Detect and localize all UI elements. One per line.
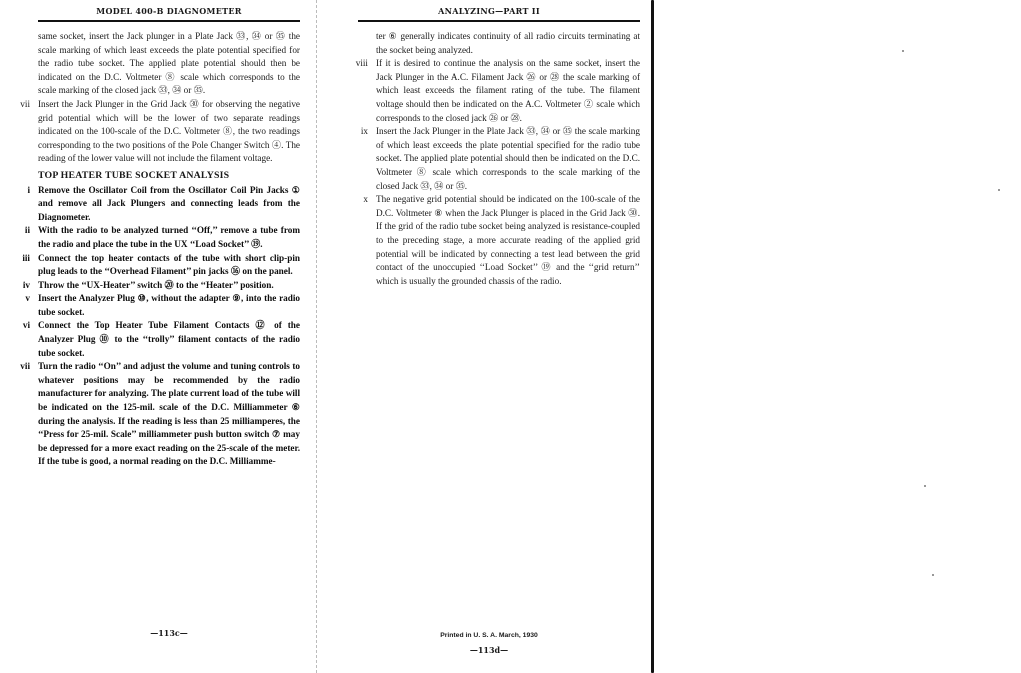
printed-note: Printed in U. S. A. March, 1930: [338, 632, 640, 639]
step-number: v: [2, 292, 38, 319]
step-number: vii: [2, 98, 38, 166]
step-item: iv Throw the ‘‘UX-Heater’’ switch ⑳ to t…: [38, 279, 300, 293]
scan-speck: [998, 189, 1000, 191]
step-number: iii: [2, 252, 38, 279]
step-text: Remove the Oscillator Coil from the Osci…: [38, 184, 300, 225]
page-gutter-divider: [316, 0, 317, 673]
step-text: Insert the Analyzer Plug ⑩, without the …: [38, 292, 300, 319]
running-head: MODEL 400-B DIAGNOMETER: [38, 6, 300, 16]
step-number: vi: [2, 319, 38, 360]
step-text: Connect the Top Heater Tube Filament Con…: [38, 319, 300, 360]
step-number: viii: [340, 57, 376, 125]
step-number: iv: [2, 279, 38, 293]
left-body: same socket, insert the Jack plunger in …: [38, 30, 300, 469]
header-rule: [38, 20, 300, 22]
step-item: ix Insert the Jack Plunger in the Plate …: [376, 125, 640, 193]
step-text: Connect the top heater contacts of the t…: [38, 252, 300, 279]
running-head: ANALYZING—PART II: [338, 6, 640, 16]
step-number: x: [340, 193, 376, 288]
step-number: vii: [2, 360, 38, 469]
step-item: i Remove the Oscillator Coil from the Os…: [38, 184, 300, 225]
step-item: vi Connect the Top Heater Tube Filament …: [38, 319, 300, 360]
step-number: i: [2, 184, 38, 225]
step-text: Insert the Jack Plunger in the Grid Jack…: [38, 98, 300, 166]
step-item: vii Turn the radio ‘‘On’’ and adjust the…: [38, 360, 300, 469]
step-number: ii: [2, 224, 38, 251]
scan-speck: [924, 485, 926, 487]
continued-paragraph: same socket, insert the Jack plunger in …: [38, 30, 300, 98]
step-text: Throw the ‘‘UX-Heater’’ switch ⑳ to the …: [38, 279, 300, 293]
step-item: vii Insert the Jack Plunger in the Grid …: [38, 98, 300, 166]
step-item: iii Connect the top heater contacts of t…: [38, 252, 300, 279]
continued-paragraph: ter ⑥ generally indicates continuity of …: [376, 30, 640, 57]
step-text: Turn the radio ‘‘On’’ and adjust the vol…: [38, 360, 300, 469]
step-item: v Insert the Analyzer Plug ⑩, without th…: [38, 292, 300, 319]
section-heading: TOP HEATER TUBE SOCKET ANALYSIS: [38, 169, 300, 183]
step-item: x The negative grid potential should be …: [376, 193, 640, 288]
step-text: If it is desired to continue the analysi…: [376, 57, 640, 125]
scan-speck: [932, 574, 934, 576]
scan-speck: [902, 50, 904, 52]
page-edge-shadow: [651, 0, 654, 673]
right-body: ter ⑥ generally indicates continuity of …: [376, 30, 640, 288]
page-number: —113d—: [338, 645, 640, 655]
step-item: ii With the radio to be analyzed turned …: [38, 224, 300, 251]
step-text: Insert the Jack Plunger in the Plate Jac…: [376, 125, 640, 193]
step-text: With the radio to be analyzed turned ‘‘O…: [38, 224, 300, 251]
step-number: ix: [340, 125, 376, 193]
step-text: The negative grid potential should be in…: [376, 193, 640, 288]
header-rule: [358, 20, 640, 22]
page-number: —113c—: [38, 628, 300, 638]
step-item: viii If it is desired to continue the an…: [376, 57, 640, 125]
